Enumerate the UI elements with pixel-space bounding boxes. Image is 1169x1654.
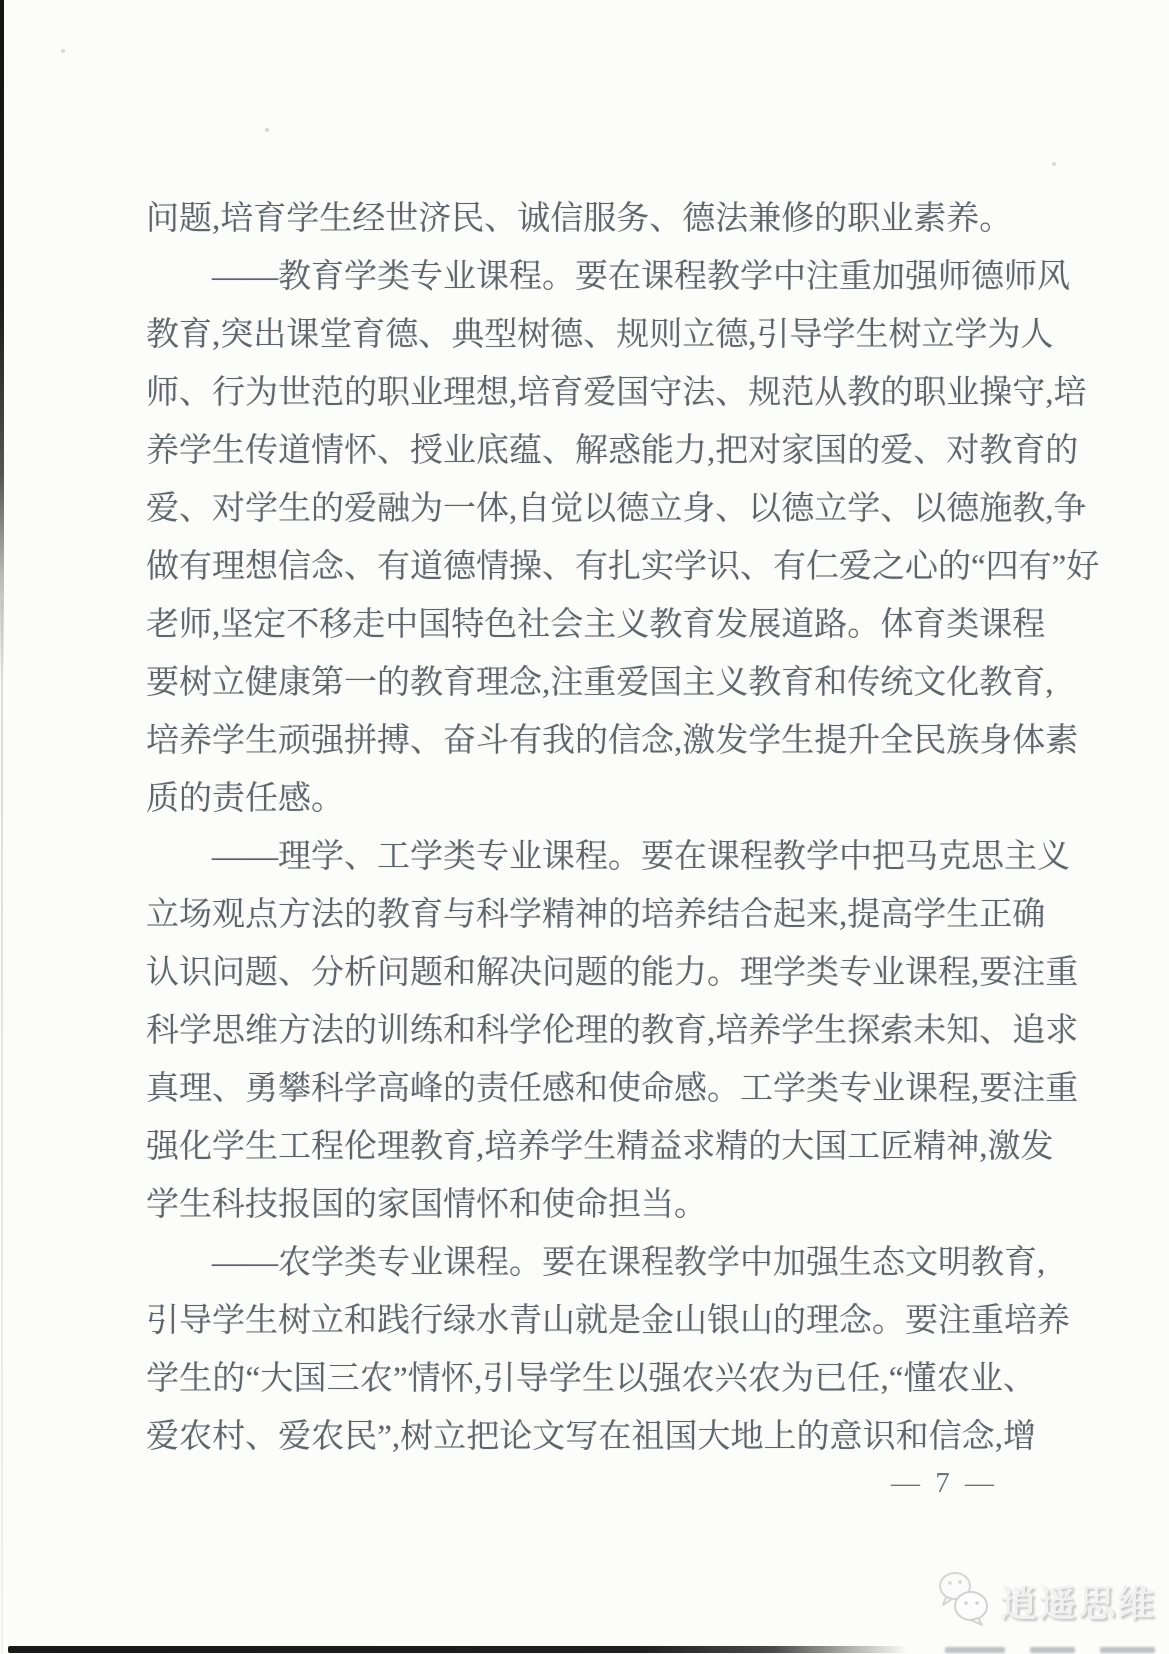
document-line: 爱、对学生的爱融为一体,自觉以德立身、以德立学、以德施教,争 [146, 480, 1036, 538]
document-line: 老师,坚定不移走中国特色社会主义教育发展道路。体育类课程 [146, 596, 1036, 654]
scan-edge-bottom [8, 1646, 908, 1653]
document-line: 做有理想信念、有道德情操、有扎实学识、有仁爱之心的“四有”好 [146, 538, 1036, 596]
document-line-paragraph-start: ——理学、工学类专业课程。要在课程教学中把马克思主义 [146, 828, 1036, 886]
scanned-document-page: 问题,培育学生经世济民、诚信服务、德法兼修的职业素养。 ——教育学类专业课程。要… [0, 0, 1169, 1654]
scan-speck [1052, 162, 1056, 166]
document-line: 培养学生顽强拼搏、奋斗有我的信念,激发学生提升全民族身体素 [146, 712, 1036, 770]
scan-edge-fragment [1100, 1647, 1155, 1653]
scan-speck [265, 128, 269, 132]
document-line: 强化学生工程伦理教育,培养学生精益求精的大国工匠精神,激发 [146, 1118, 1036, 1176]
page-number: — 7 — [872, 1467, 1017, 1500]
document-line: 要树立健康第一的教育理念,注重爱国主义教育和传统文化教育, [146, 654, 1036, 712]
document-line: 养学生传道情怀、授业底蕴、解惑能力,把对家国的爱、对教育的 [146, 422, 1036, 480]
document-body-text: 问题,培育学生经世济民、诚信服务、德法兼修的职业素养。 ——教育学类专业课程。要… [146, 190, 1036, 1466]
document-line: 真理、勇攀科学高峰的责任感和使命感。工学类专业课程,要注重 [146, 1060, 1036, 1118]
document-line-paragraph-start: ——教育学类专业课程。要在课程教学中注重加强师德师风 [146, 248, 1036, 306]
scan-edge-left [0, 0, 4, 680]
wechat-bubbles-icon [938, 1568, 990, 1631]
scan-edge-fragment [1030, 1647, 1075, 1653]
scan-speck [61, 49, 65, 53]
document-line: 科学思维方法的训练和科学伦理的教育,培养学生探索未知、追求 [146, 1002, 1036, 1060]
document-line: 学生的“大国三农”情怀,引导学生以强农兴农为已任,“懂农业、 [146, 1350, 1036, 1408]
watermark: 逍遥思维 [938, 1568, 1156, 1631]
document-line: 引导学生树立和践行绿水青山就是金山银山的理念。要注重培养 [146, 1292, 1036, 1350]
document-line: 立场观点方法的教育与科学精神的培养结合起来,提高学生正确 [146, 886, 1036, 944]
document-line: 认识问题、分析问题和解决问题的能力。理学类专业课程,要注重 [146, 944, 1036, 1002]
scan-edge-left-faint [1, 600, 3, 1654]
document-line: 问题,培育学生经世济民、诚信服务、德法兼修的职业素养。 [146, 190, 1036, 248]
document-line-paragraph-end: 质的责任感。 [146, 770, 1036, 828]
scan-edge-fragment [945, 1647, 1005, 1653]
document-line: 师、行为世范的职业理想,培育爱国守法、规范从教的职业操守,培 [146, 364, 1036, 422]
document-line: 教育,突出课堂育德、典型树德、规则立德,引导学生树立学为人 [146, 306, 1036, 364]
document-line-paragraph-end: 学生科技报国的家国情怀和使命担当。 [146, 1176, 1036, 1234]
watermark-text: 逍遥思维 [1000, 1573, 1156, 1627]
document-line-paragraph-start: ——农学类专业课程。要在课程教学中加强生态文明教育, [146, 1234, 1036, 1292]
document-line: 爱农村、爱农民”,树立把论文写在祖国大地上的意识和信念,增 [146, 1408, 1036, 1466]
